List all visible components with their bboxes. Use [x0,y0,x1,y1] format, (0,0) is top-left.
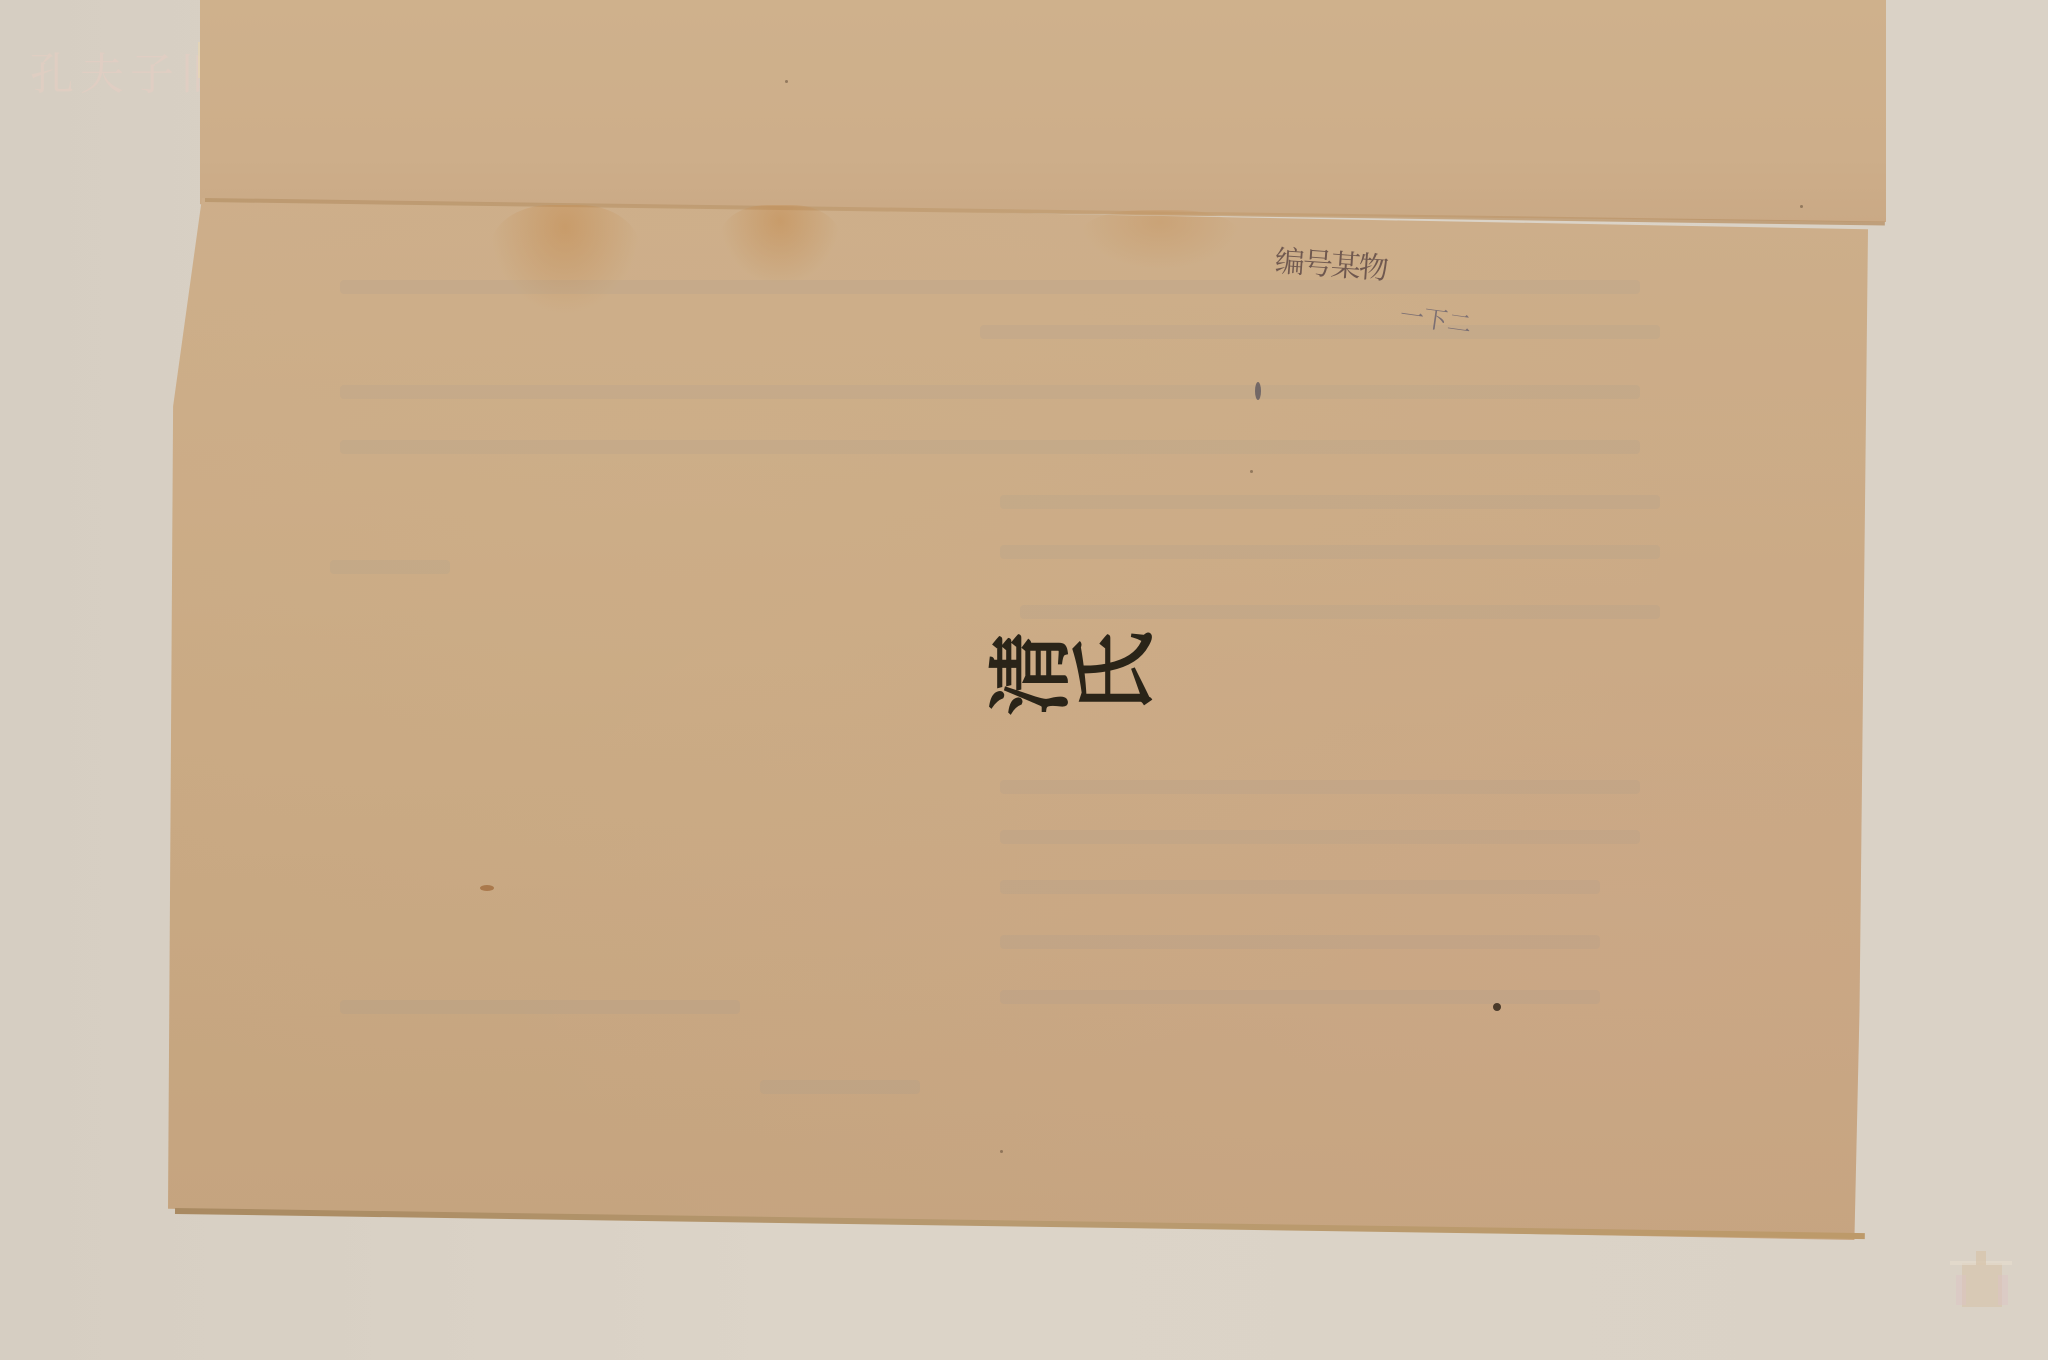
paper-hole [1493,1003,1501,1011]
bleed-through-line [760,1080,920,1094]
bleed-through-line [980,325,1660,339]
paper-speck [1800,205,1803,208]
bleed-through-line [340,385,1640,399]
water-stain [1080,210,1240,270]
bleed-through-line [340,1000,740,1014]
water-stain [490,205,640,315]
paper-speck [1250,470,1253,473]
bleed-through-line [330,560,450,574]
paper-speck [785,80,788,83]
bleed-through-line [1000,780,1640,794]
bleed-through-line [340,280,1640,294]
document-back-flap [200,0,1886,222]
water-stain [720,205,840,285]
bleed-through-line [1000,830,1640,844]
margin-stamp: 编号某物 [1274,236,1389,288]
bleed-through-line [1000,880,1600,894]
ink-mark [1255,382,1261,400]
bleed-through-line [1000,990,1600,1004]
bleed-through-line [1000,545,1660,559]
bleed-through-line [1000,495,1660,509]
bleed-through-line [1000,935,1600,949]
paper-speck [480,885,494,891]
site-logo-icon [1940,1245,2020,1325]
bleed-through-line [340,440,1640,454]
calligraphy-inscription: 清氏 [950,620,1190,740]
bleed-through-line [1020,605,1660,619]
paper-speck [1000,1150,1003,1153]
